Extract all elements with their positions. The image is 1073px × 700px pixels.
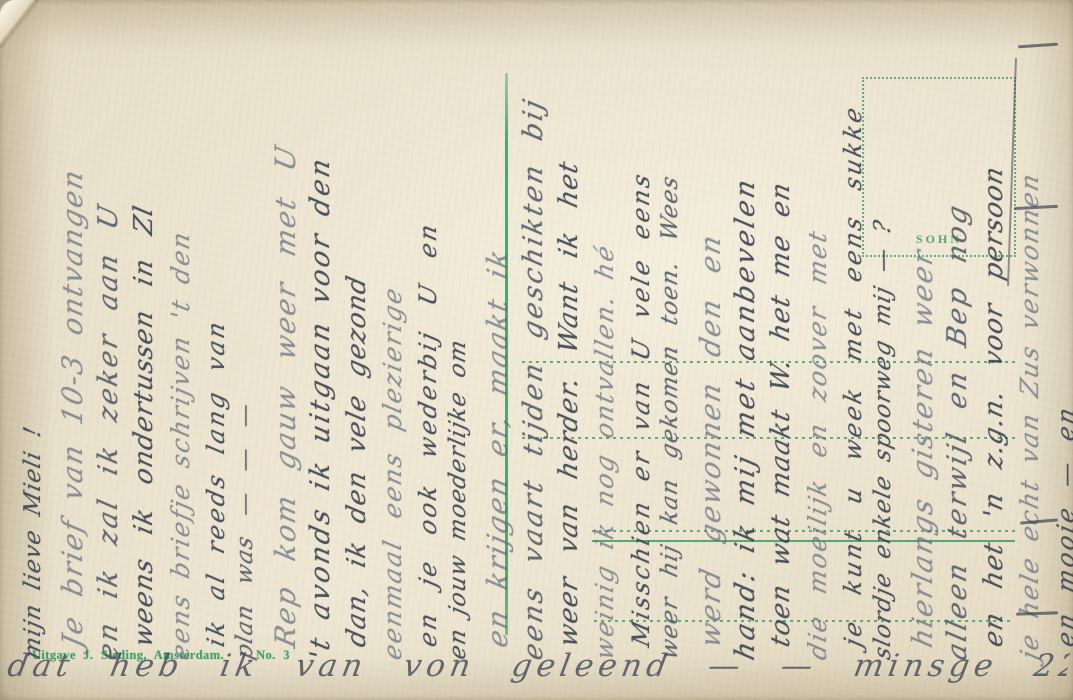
handwriting-column: eens vaart tijden geschikten bij xyxy=(518,94,549,663)
postcard-back: SOHN Uitgave J. Sleding, Amsterdam.No. 3… xyxy=(0,0,1073,700)
handwriting-column: en jouw moederlijke om xyxy=(445,337,471,662)
handwriting-column: 't avonds ik uitgaan voor den xyxy=(305,153,336,663)
handwriting-column: hierlangs gisteren weer xyxy=(906,245,939,650)
handwriting-column: Rep kom gauw weer met U xyxy=(269,141,302,651)
handwriting-column: en ik zal ik zeker aan U xyxy=(93,200,124,663)
handwriting-column: weer van herder. Want ik het xyxy=(554,158,584,650)
handwriting-column: hand: ik mij met aanbevelen xyxy=(730,174,761,663)
address-line-3-solid xyxy=(592,540,1015,542)
handwriting-column: je hele echt van Zus verwonnen xyxy=(1015,169,1044,662)
ink-dash xyxy=(1020,518,1058,524)
handwriting-column: en je ook wederbij U en xyxy=(414,219,442,649)
stamp-box: SOHN xyxy=(862,77,1016,257)
handwriting-column: weer hij kan gekomen toen. Wees xyxy=(657,173,683,662)
ink-dash xyxy=(1016,611,1058,615)
handwriting-column: toen wat maakt W. het me en xyxy=(766,179,796,650)
handwriting-bottom-line: dat heb ik van von geleend — — minsge 22 xyxy=(5,648,1071,684)
handwriting-column: die moeilijk en zoover met xyxy=(803,227,832,663)
address-line-1 xyxy=(522,361,1017,363)
handwriting-column: weinig ik nog ontvallen. hé xyxy=(590,241,619,663)
handwriting-column: Misschien er van U vele eens xyxy=(627,169,655,650)
corner-curl xyxy=(0,0,39,48)
handwriting-column: slordje enkele spoorweg mij — ? xyxy=(870,217,896,662)
handwriting-column: en krijgen er, maakt ik xyxy=(481,245,514,651)
handwriting-column: eenmaal eens plezierige xyxy=(378,283,407,662)
handwriting-column: plan was — — — xyxy=(232,400,258,662)
handwriting-column: eens briefje schrijven 't den xyxy=(166,227,195,662)
address-line-4 xyxy=(594,620,1013,622)
center-divider-line xyxy=(505,73,508,635)
handwriting-column: werd gewonnen den en xyxy=(694,230,727,650)
handwriting-column: Je brief van 10-3 ontvangen xyxy=(56,165,89,650)
address-line-2 xyxy=(522,437,1017,439)
handwriting-column: alleen terwijl en Bep nog xyxy=(942,200,973,663)
handwriting-column: weens ik ondertussen in Zl xyxy=(129,202,159,649)
address-line-3-dotted xyxy=(592,530,1015,532)
handwriting-column: ik al reeds lang van xyxy=(202,317,230,650)
stamp-box-text: SOHN xyxy=(864,232,1014,247)
handwriting-column: mijn lieve Mieli ! xyxy=(20,424,46,662)
handwriting-column: dan, ik den vele gezond xyxy=(342,272,372,650)
ink-dash xyxy=(1018,43,1058,49)
ink-dash xyxy=(1014,205,1058,210)
